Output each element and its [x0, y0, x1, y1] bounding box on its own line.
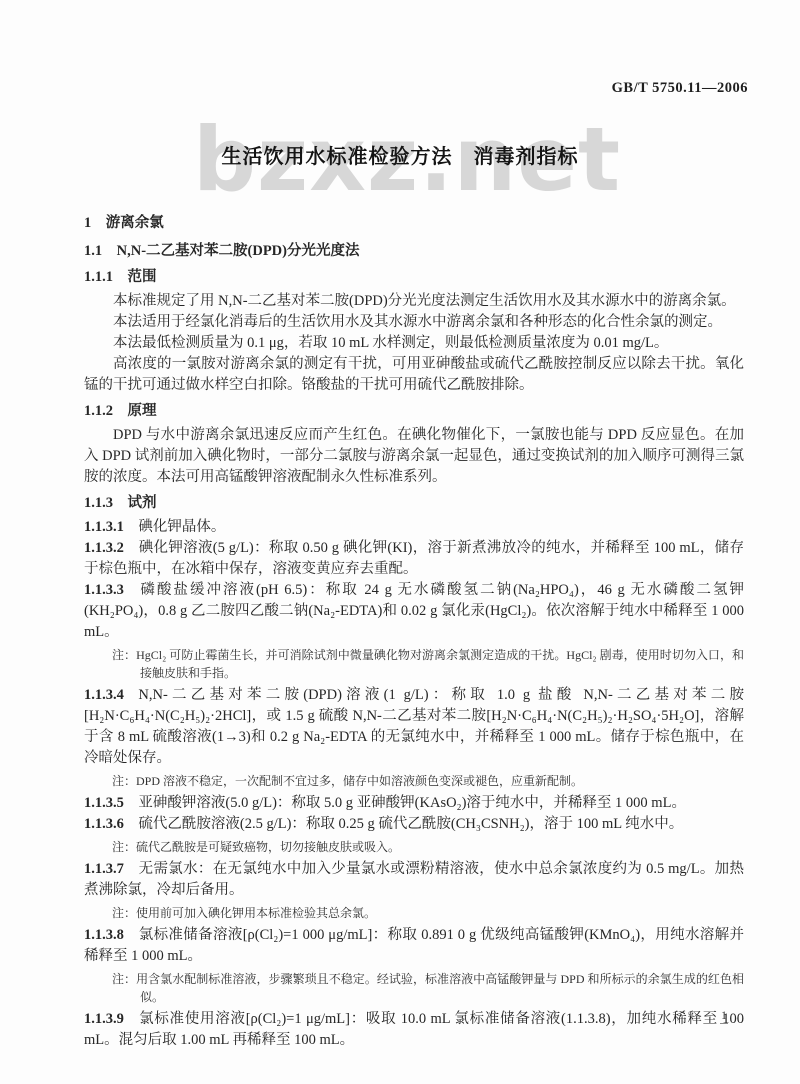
- subsection-heading: 1.1N,N-二乙基对苯二胺(DPD)分光光度法: [84, 241, 744, 262]
- body-paragraph: 本法适用于经氯化消毒后的生活饮用水及其水源水中游离余氯和各种形态的化合性余氯的测…: [84, 312, 744, 333]
- body-paragraph: 高浓度的一氯胺对游离余氯的测定有干扰，可用亚砷酸盐或硫代乙酰胺控制反应以除去干扰…: [84, 354, 744, 396]
- paragraph-text: DPD 与水中游离余氯迅速反应而产生红色。在碘化物催化下，一氯胺也能与 DPD …: [84, 427, 744, 485]
- clause-number: 1.1.3.7: [84, 861, 124, 877]
- clause-number: 1.1.3.6: [84, 816, 124, 832]
- clause-number: 1.1.1: [84, 269, 113, 285]
- paragraph-text: 注：用含氯水配制标准溶液，步骤繁琐且不稳定。经试验，标准溶液中高锰酸钾量与 DP…: [112, 972, 744, 1004]
- paragraph-text: 本法最低检测质量为 0.1 μg，若取 10 mL 水样测定，则最低检测质量浓度…: [113, 335, 668, 351]
- clause-heading: 1.1.1范围: [84, 267, 744, 288]
- paragraph-text: 游离余氯: [106, 215, 164, 231]
- note-paragraph: 注：用含氯水配制标准溶液，步骤繁琐且不稳定。经试验，标准溶液中高锰酸钾量与 DP…: [84, 970, 744, 1006]
- paragraph-text: 硫代乙酰胺溶液(2.5 g/L)：称取 0.25 g 硫代乙酰胺(CH₃CSNH…: [138, 816, 683, 832]
- paragraph-text: 注：硫代乙酰胺是可疑致癌物，切勿接触皮肤或吸入。: [112, 840, 400, 854]
- section-heading: 1游离余氯: [84, 213, 744, 234]
- paragraph-text: 本标准规定了用 N,N-二乙基对苯二胺(DPD)分光光度法测定生活饮用水及其水源…: [113, 293, 736, 309]
- clause-number: 1.1.3.9: [84, 1011, 124, 1027]
- clause-number: 1.1.3: [84, 495, 113, 511]
- clause-heading: 1.1.3试剂: [84, 493, 744, 514]
- clause-number: 1.1.3.1: [84, 519, 124, 535]
- clause-paragraph: 1.1.3.2碘化钾溶液(5 g/L)：称取 0.50 g 碘化钾(KI)，溶于…: [84, 538, 744, 580]
- clause-paragraph: 1.1.3.6硫代乙酰胺溶液(2.5 g/L)：称取 0.25 g 硫代乙酰胺(…: [84, 814, 744, 835]
- paragraph-text: 试剂: [128, 495, 157, 511]
- document-title: 生活饮用水标准检验方法 消毒剂指标: [0, 140, 800, 169]
- paragraph-text: 氯标准储备溶液[ρ(Cl₂)=1 000 μg/mL]：称取 0.891 0 g…: [84, 927, 744, 964]
- body-paragraph: 本法最低检测质量为 0.1 μg，若取 10 mL 水样测定，则最低检测质量浓度…: [84, 333, 744, 354]
- clause-number: 1.1.3.5: [84, 795, 124, 811]
- clause-number: 1.1: [84, 243, 102, 259]
- paragraph-text: 碘化钾溶液(5 g/L)：称取 0.50 g 碘化钾(KI)，溶于新煮沸放冷的纯…: [84, 540, 744, 577]
- paragraph-text: 范围: [128, 269, 157, 285]
- standard-number: GB/T 5750.11—2006: [612, 80, 748, 97]
- clause-paragraph: 1.1.3.7无需氯水：在无氯纯水中加入少量氯水或漂粉精溶液，使水中总余氯浓度约…: [84, 859, 744, 901]
- paragraph-text: 本法适用于经氯化消毒后的生活饮用水及其水源水中游离余氯和各种形态的化合性余氯的测…: [113, 314, 722, 330]
- body-paragraph: 本标准规定了用 N,N-二乙基对苯二胺(DPD)分光光度法测定生活饮用水及其水源…: [84, 291, 744, 312]
- paragraph-text: 无需氯水：在无氯纯水中加入少量氯水或漂粉精溶液，使水中总余氯浓度约为 0.5 m…: [84, 861, 744, 898]
- note-paragraph: 注：硫代乙酰胺是可疑致癌物，切勿接触皮肤或吸入。: [84, 838, 744, 856]
- clause-number: 1: [84, 215, 91, 231]
- clause-paragraph: 1.1.3.1碘化钾晶体。: [84, 517, 744, 538]
- note-paragraph: 注：HgCl₂ 可防止霉菌生长，并可消除试剂中微量碘化物对游离余氯测定造成的干扰…: [84, 646, 744, 682]
- clause-number: 1.1.3.4: [84, 687, 124, 703]
- page-number: 1: [720, 1008, 728, 1024]
- paragraph-text: N,N-二乙基对苯二胺(DPD)分光光度法: [117, 243, 360, 259]
- paragraph-text: 碘化钾晶体。: [138, 519, 225, 535]
- clause-number: 1.1.3.8: [84, 927, 124, 943]
- note-paragraph: 注：使用前可加入碘化钾用本标准检验其总余氯。: [84, 904, 744, 922]
- paragraph-text: 注：HgCl₂ 可防止霉菌生长，并可消除试剂中微量碘化物对游离余氯测定造成的干扰…: [112, 648, 744, 680]
- paragraph-text: 注：DPD 溶液不稳定，一次配制不宜过多，储存中如溶液颜色变深或褪色，应重新配制…: [112, 774, 583, 788]
- clause-number: 1.1.3.3: [84, 582, 124, 598]
- paragraph-text: 氯标准使用溶液[ρ(Cl₂)=1 μg/mL]：吸取 10.0 mL 氯标准储备…: [84, 1011, 744, 1048]
- clause-paragraph: 1.1.3.3磷酸盐缓冲溶液(pH 6.5)：称取 24 g 无水磷酸氢二钠(N…: [84, 580, 744, 643]
- paragraph-text: 高浓度的一氯胺对游离余氯的测定有干扰，可用亚砷酸盐或硫代乙酰胺控制反应以除去干扰…: [84, 356, 744, 393]
- clause-paragraph: 1.1.3.5亚砷酸钾溶液(5.0 g/L)：称取 5.0 g 亚砷酸钾(KAs…: [84, 793, 744, 814]
- clause-paragraph: 1.1.3.8氯标准储备溶液[ρ(Cl₂)=1 000 μg/mL]：称取 0.…: [84, 925, 744, 967]
- paragraph-text: 磷酸盐缓冲溶液(pH 6.5)：称取 24 g 无水磷酸氢二钠(Na₂HPO₄)…: [84, 582, 744, 640]
- document-page: GB/T 5750.11—2006 bzxz.net 生活饮用水标准检验方法 消…: [0, 0, 800, 1084]
- clause-heading: 1.1.2原理: [84, 401, 744, 422]
- document-body: 1游离余氯1.1N,N-二乙基对苯二胺(DPD)分光光度法1.1.1范围本标准规…: [84, 204, 744, 1051]
- paragraph-text: 原理: [128, 403, 157, 419]
- note-paragraph: 注：DPD 溶液不稳定，一次配制不宜过多，储存中如溶液颜色变深或褪色，应重新配制…: [84, 772, 744, 790]
- clause-paragraph: 1.1.3.9氯标准使用溶液[ρ(Cl₂)=1 μg/mL]：吸取 10.0 m…: [84, 1009, 744, 1051]
- clause-paragraph: 1.1.3.4N,N-二乙基对苯二胺(DPD)溶液(1 g/L)：称取 1.0 …: [84, 685, 744, 769]
- body-paragraph: DPD 与水中游离余氯迅速反应而产生红色。在碘化物催化下，一氯胺也能与 DPD …: [84, 425, 744, 488]
- paragraph-text: N,N-二乙基对苯二胺(DPD)溶液(1 g/L)：称取 1.0 g 盐酸 N,…: [84, 687, 744, 766]
- paragraph-text: 注：使用前可加入碘化钾用本标准检验其总余氯。: [112, 906, 376, 920]
- paragraph-text: 亚砷酸钾溶液(5.0 g/L)：称取 5.0 g 亚砷酸钾(KAsO₂)溶于纯水…: [138, 795, 686, 811]
- clause-number: 1.1.2: [84, 403, 113, 419]
- clause-number: 1.1.3.2: [84, 540, 124, 556]
